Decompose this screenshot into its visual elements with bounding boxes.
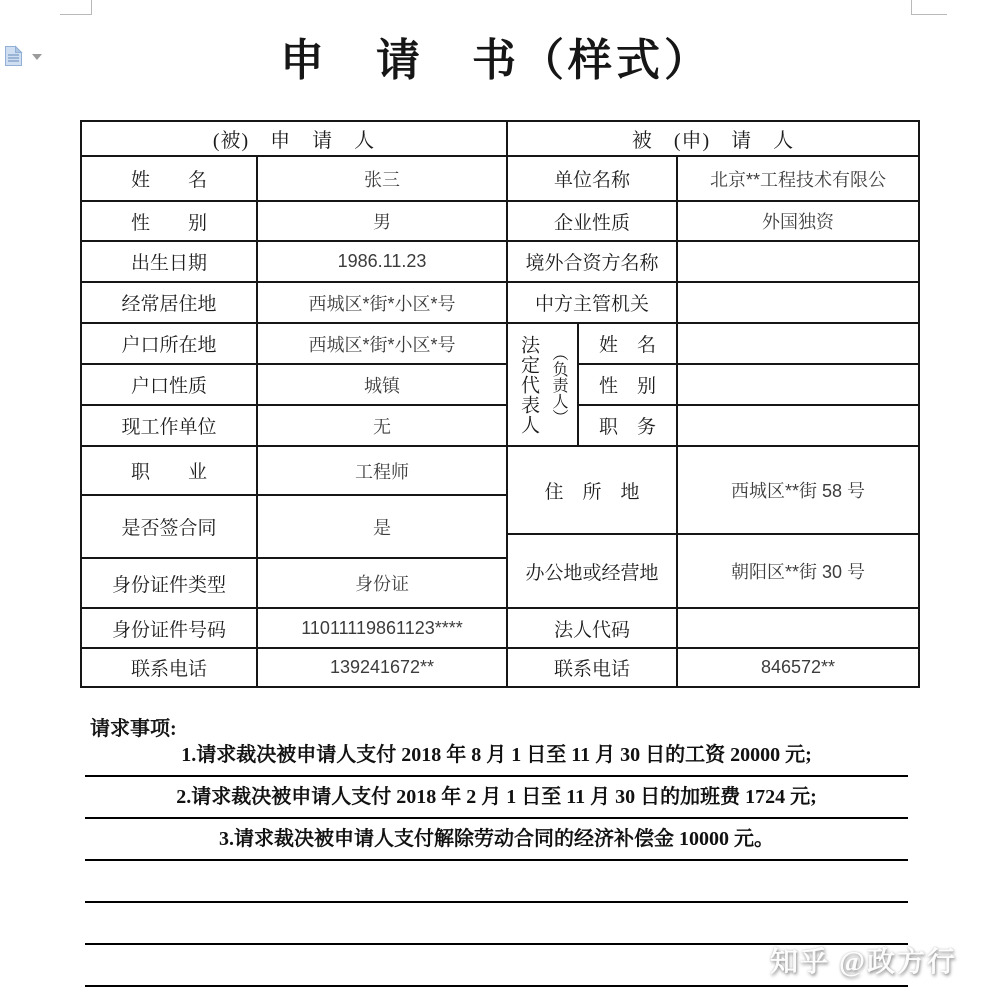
legal-representative-cell: 法定代表人 （负责人） <box>507 323 578 446</box>
phone-left-value: 139241672** <box>257 648 507 687</box>
id-type-label: 身份证件类型 <box>81 558 257 608</box>
rep-name-label: 姓 名 <box>578 323 677 364</box>
current-employer-value: 无 <box>257 405 507 446</box>
occupation-value: 工程师 <box>257 446 507 495</box>
rep-title-label: 职 务 <box>578 405 677 446</box>
id-type-value: 身份证 <box>257 558 507 608</box>
office-address-label: 办公地或经营地 <box>507 534 677 608</box>
foreign-partner-value <box>677 241 919 282</box>
occupation-label: 职 业 <box>81 446 257 495</box>
residence-address-label: 住 所 地 <box>507 446 677 534</box>
birthdate-label: 出生日期 <box>81 241 257 282</box>
chinese-authority-label: 中方主管机关 <box>507 282 677 323</box>
birthdate-value: 1986.11.23 <box>257 241 507 282</box>
foreign-partner-label: 境外合资方名称 <box>507 241 677 282</box>
legal-representative-vertical-text: 法定代表人 <box>515 335 542 435</box>
document-page: 申 请 书（样式） (被) 申 请 人 被 (申) 请 人 姓 名 张三 单位名… <box>0 0 992 1000</box>
header-applicant: (被) 申 请 人 <box>81 121 507 156</box>
gender-label: 性 别 <box>81 201 257 241</box>
hukou-location-label: 户口所在地 <box>81 323 257 364</box>
blank-rule-line <box>85 861 908 903</box>
rep-gender-label: 性 别 <box>578 364 677 405</box>
enterprise-type-value: 外国独资 <box>677 201 919 241</box>
request-item-3: 3.请求裁决被申请人支付解除劳动合同的经济补偿金 10000 元。 <box>85 819 908 861</box>
header-respondent: 被 (申) 请 人 <box>507 121 919 156</box>
hukou-location-value: 西城区*街*小区*号 <box>257 323 507 364</box>
office-address-value: 朝阳区**街 30 号 <box>677 534 919 608</box>
name-value: 张三 <box>257 156 507 201</box>
contract-signed-value: 是 <box>257 495 507 558</box>
chinese-authority-value <box>677 282 919 323</box>
name-label: 姓 名 <box>81 156 257 201</box>
hukou-type-value: 城镇 <box>257 364 507 405</box>
unit-name-label: 单位名称 <box>507 156 677 201</box>
rep-gender-value <box>677 364 919 405</box>
application-form-table: (被) 申 请 人 被 (申) 请 人 姓 名 张三 单位名称 北京**工程技术… <box>80 120 920 688</box>
residence-usual-label: 经常居住地 <box>81 282 257 323</box>
legal-code-value <box>677 608 919 648</box>
current-employer-label: 现工作单位 <box>81 405 257 446</box>
zhihu-watermark: 知乎 @政方行 <box>770 940 957 980</box>
residence-address-value: 西城区**街 58 号 <box>677 446 919 534</box>
gender-value: 男 <box>257 201 507 241</box>
page-title: 申 请 书（样式） <box>0 24 992 88</box>
enterprise-type-label: 企业性质 <box>507 201 677 241</box>
rep-title-value <box>677 405 919 446</box>
rep-name-value <box>677 323 919 364</box>
id-number-value: 11011119861123**** <box>257 608 507 648</box>
phone-right-label: 联系电话 <box>507 648 677 687</box>
legal-code-label: 法人代码 <box>507 608 677 648</box>
contract-signed-label: 是否签合同 <box>81 495 257 558</box>
blank-rule-line <box>85 903 908 945</box>
margin-crop-mark-top-right <box>911 0 947 15</box>
request-item-1: 1.请求裁决被申请人支付 2018 年 8 月 1 日至 11 月 30 日的工… <box>85 735 908 777</box>
legal-representative-paren-text: （负责人） <box>547 345 570 425</box>
hukou-type-label: 户口性质 <box>81 364 257 405</box>
request-item-2: 2.请求裁决被申请人支付 2018 年 2 月 1 日至 11 月 30 日的加… <box>85 777 908 819</box>
id-number-label: 身份证件号码 <box>81 608 257 648</box>
unit-name-value: 北京**工程技术有限公 <box>677 156 919 201</box>
residence-usual-value: 西城区*街*小区*号 <box>257 282 507 323</box>
margin-crop-mark-top-left <box>60 0 92 15</box>
phone-left-label: 联系电话 <box>81 648 257 687</box>
phone-right-value: 846572** <box>677 648 919 687</box>
